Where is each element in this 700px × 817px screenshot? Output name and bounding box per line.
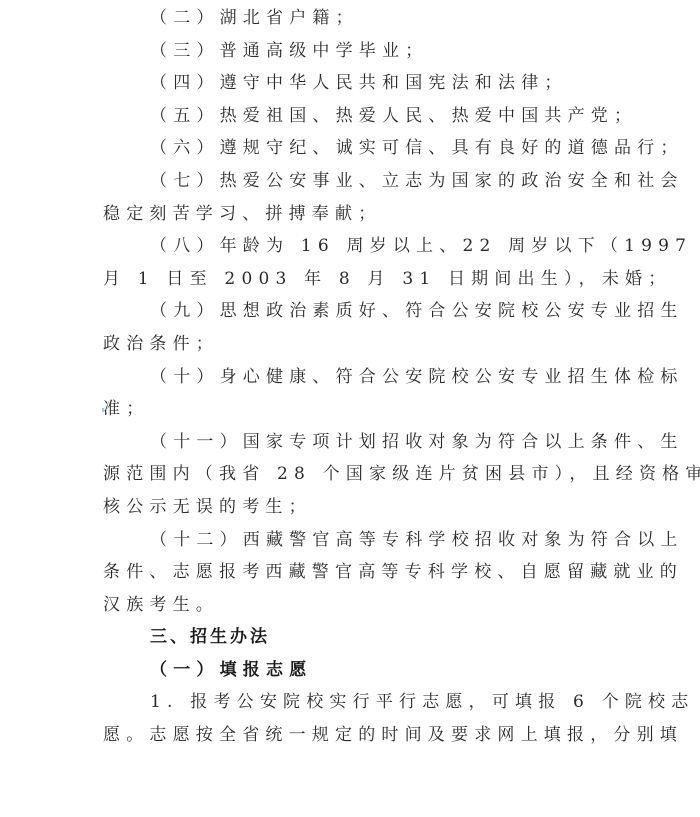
criterion-7-cont: 稳定刻苦学习、拼搏奉献； — [103, 198, 583, 231]
criterion-3: （三）普通高级中学毕业； — [103, 35, 583, 68]
criterion-4: （四）遵守中华人民共和国宪法和法律； — [103, 67, 583, 100]
criterion-2: （二）湖北省户籍； — [103, 2, 583, 35]
criterion-10: （十）身心健康、符合公安院校公安专业招生体检标 — [103, 361, 583, 394]
criterion-6: （六）遵规守纪、诚实可信、具有良好的道德品行； — [103, 132, 583, 165]
subsection-heading: （一）填报志愿 — [103, 654, 583, 687]
criterion-10-cont: 准； — [103, 393, 583, 426]
criterion-11: （十一）国家专项计划招收对象为符合以上条件、生 — [103, 426, 583, 459]
criterion-8-cont: 月 1 日至 2003 年 8 月 31 日期间出生），未婚； — [103, 263, 583, 296]
paragraph-line-2: 愿。志愿按全省统一规定的时间及要求网上填报，分别填 — [103, 719, 583, 752]
criterion-12-cont-2: 汉族考生。 — [103, 589, 583, 622]
section-heading: 三、招生办法 — [103, 621, 583, 654]
criterion-11-cont-2: 核公示无误的考生； — [103, 491, 583, 524]
criterion-9-cont: 政治条件； — [103, 328, 583, 361]
criterion-7: （七）热爱公安事业、立志为国家的政治安全和社会 — [103, 165, 583, 198]
criterion-9: （九）思想政治素质好、符合公安院校公安专业招生 — [103, 295, 583, 328]
paragraph-line-1: 1. 报考公安院校实行平行志愿，可填报 6 个院校志 — [103, 686, 583, 719]
criterion-12-cont-1: 条件、志愿报考西藏警官高等专科学校、自愿留藏就业的 — [103, 556, 583, 589]
criterion-12: （十二）西藏警官高等专科学校招收对象为符合以上 — [103, 524, 583, 557]
document-page: （二）湖北省户籍； （三）普通高级中学毕业； （四）遵守中华人民共和国宪法和法律… — [103, 2, 583, 752]
criterion-8: （八）年龄为 16 周岁以上、22 周岁以下（1997 年 9 — [103, 230, 583, 263]
criterion-11-cont-1: 源范围内（我省 28 个国家级连片贫困县市），且经资格审 — [103, 458, 583, 491]
criterion-5: （五）热爱祖国、热爱人民、热爱中国共产党； — [103, 100, 583, 133]
